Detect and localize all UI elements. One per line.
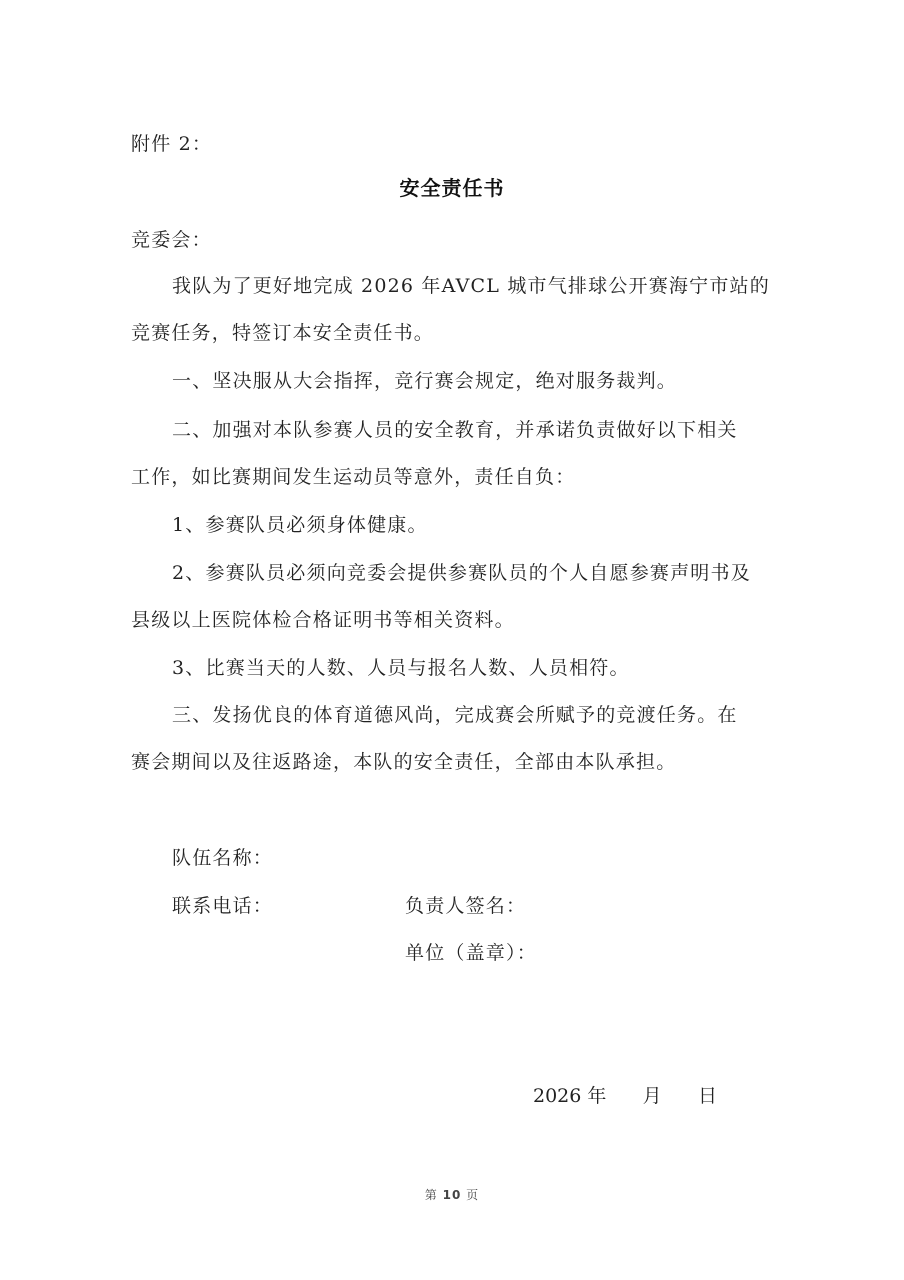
date-month-label: 月 [643,1085,662,1107]
date-day-label: 日 [698,1085,717,1107]
unit-seal-label: 单位（盖章）： [405,941,537,965]
clause-2-line-1: 二、加强对本队参赛人员的安全教育，并承诺负责做好以下相关 [172,418,738,442]
item-2-line-1: 2、参赛队员必须向竞委会提供参赛队员的个人自愿参赛声明书及 [172,561,751,585]
document-title: 安全责任书 [0,175,904,201]
date-year: 2026 [533,1085,581,1107]
body-line-1: 我队为了更好地完成 2026 年AVCL 城市气排球公开赛海宁市站的 [172,274,770,298]
team-name-label: 队伍名称： [172,846,273,870]
item-3: 3、比赛当天的人数、人员与报名人数、人员相符。 [172,656,630,680]
clause-3-line-1: 三、发扬优良的体育道德风尚，完成赛会所赋予的竞渡任务。在 [172,703,738,727]
clause-2-line-2: 工作，如比赛期间发生运动员等意外，责任自负： [131,465,575,489]
phone-label: 联系电话： [172,894,273,918]
document-page: 附件 2： 安全责任书 竞委会： 我队为了更好地完成 2026 年AVCL 城市… [0,0,904,1280]
footer-prefix: 第 [425,1188,438,1202]
footer-suffix: 页 [466,1188,479,1202]
date-line: 2026 年 月 日 [533,1084,717,1108]
clause-1: 一、坚决服从大会指挥，竞行赛会规定，绝对服务裁判。 [172,369,677,393]
leader-signature-label: 负责人签名： [405,894,526,918]
attachment-label: 附件 2： [131,132,212,156]
page-number: 10 [443,1188,462,1202]
clause-3-line-2: 赛会期间以及往返路途，本队的安全责任，全部由本队承担。 [131,750,676,774]
item-2-line-2: 县级以上医院体检合格证明书等相关资料。 [131,608,515,632]
item-1: 1、参赛队员必须身体健康。 [172,513,428,537]
page-footer: 第 10 页 [0,1187,904,1203]
body-line-2: 竞赛任务，特签订本安全责任书。 [131,321,434,345]
date-year-label: 年 [587,1085,606,1107]
salutation: 竞委会： [131,228,212,252]
